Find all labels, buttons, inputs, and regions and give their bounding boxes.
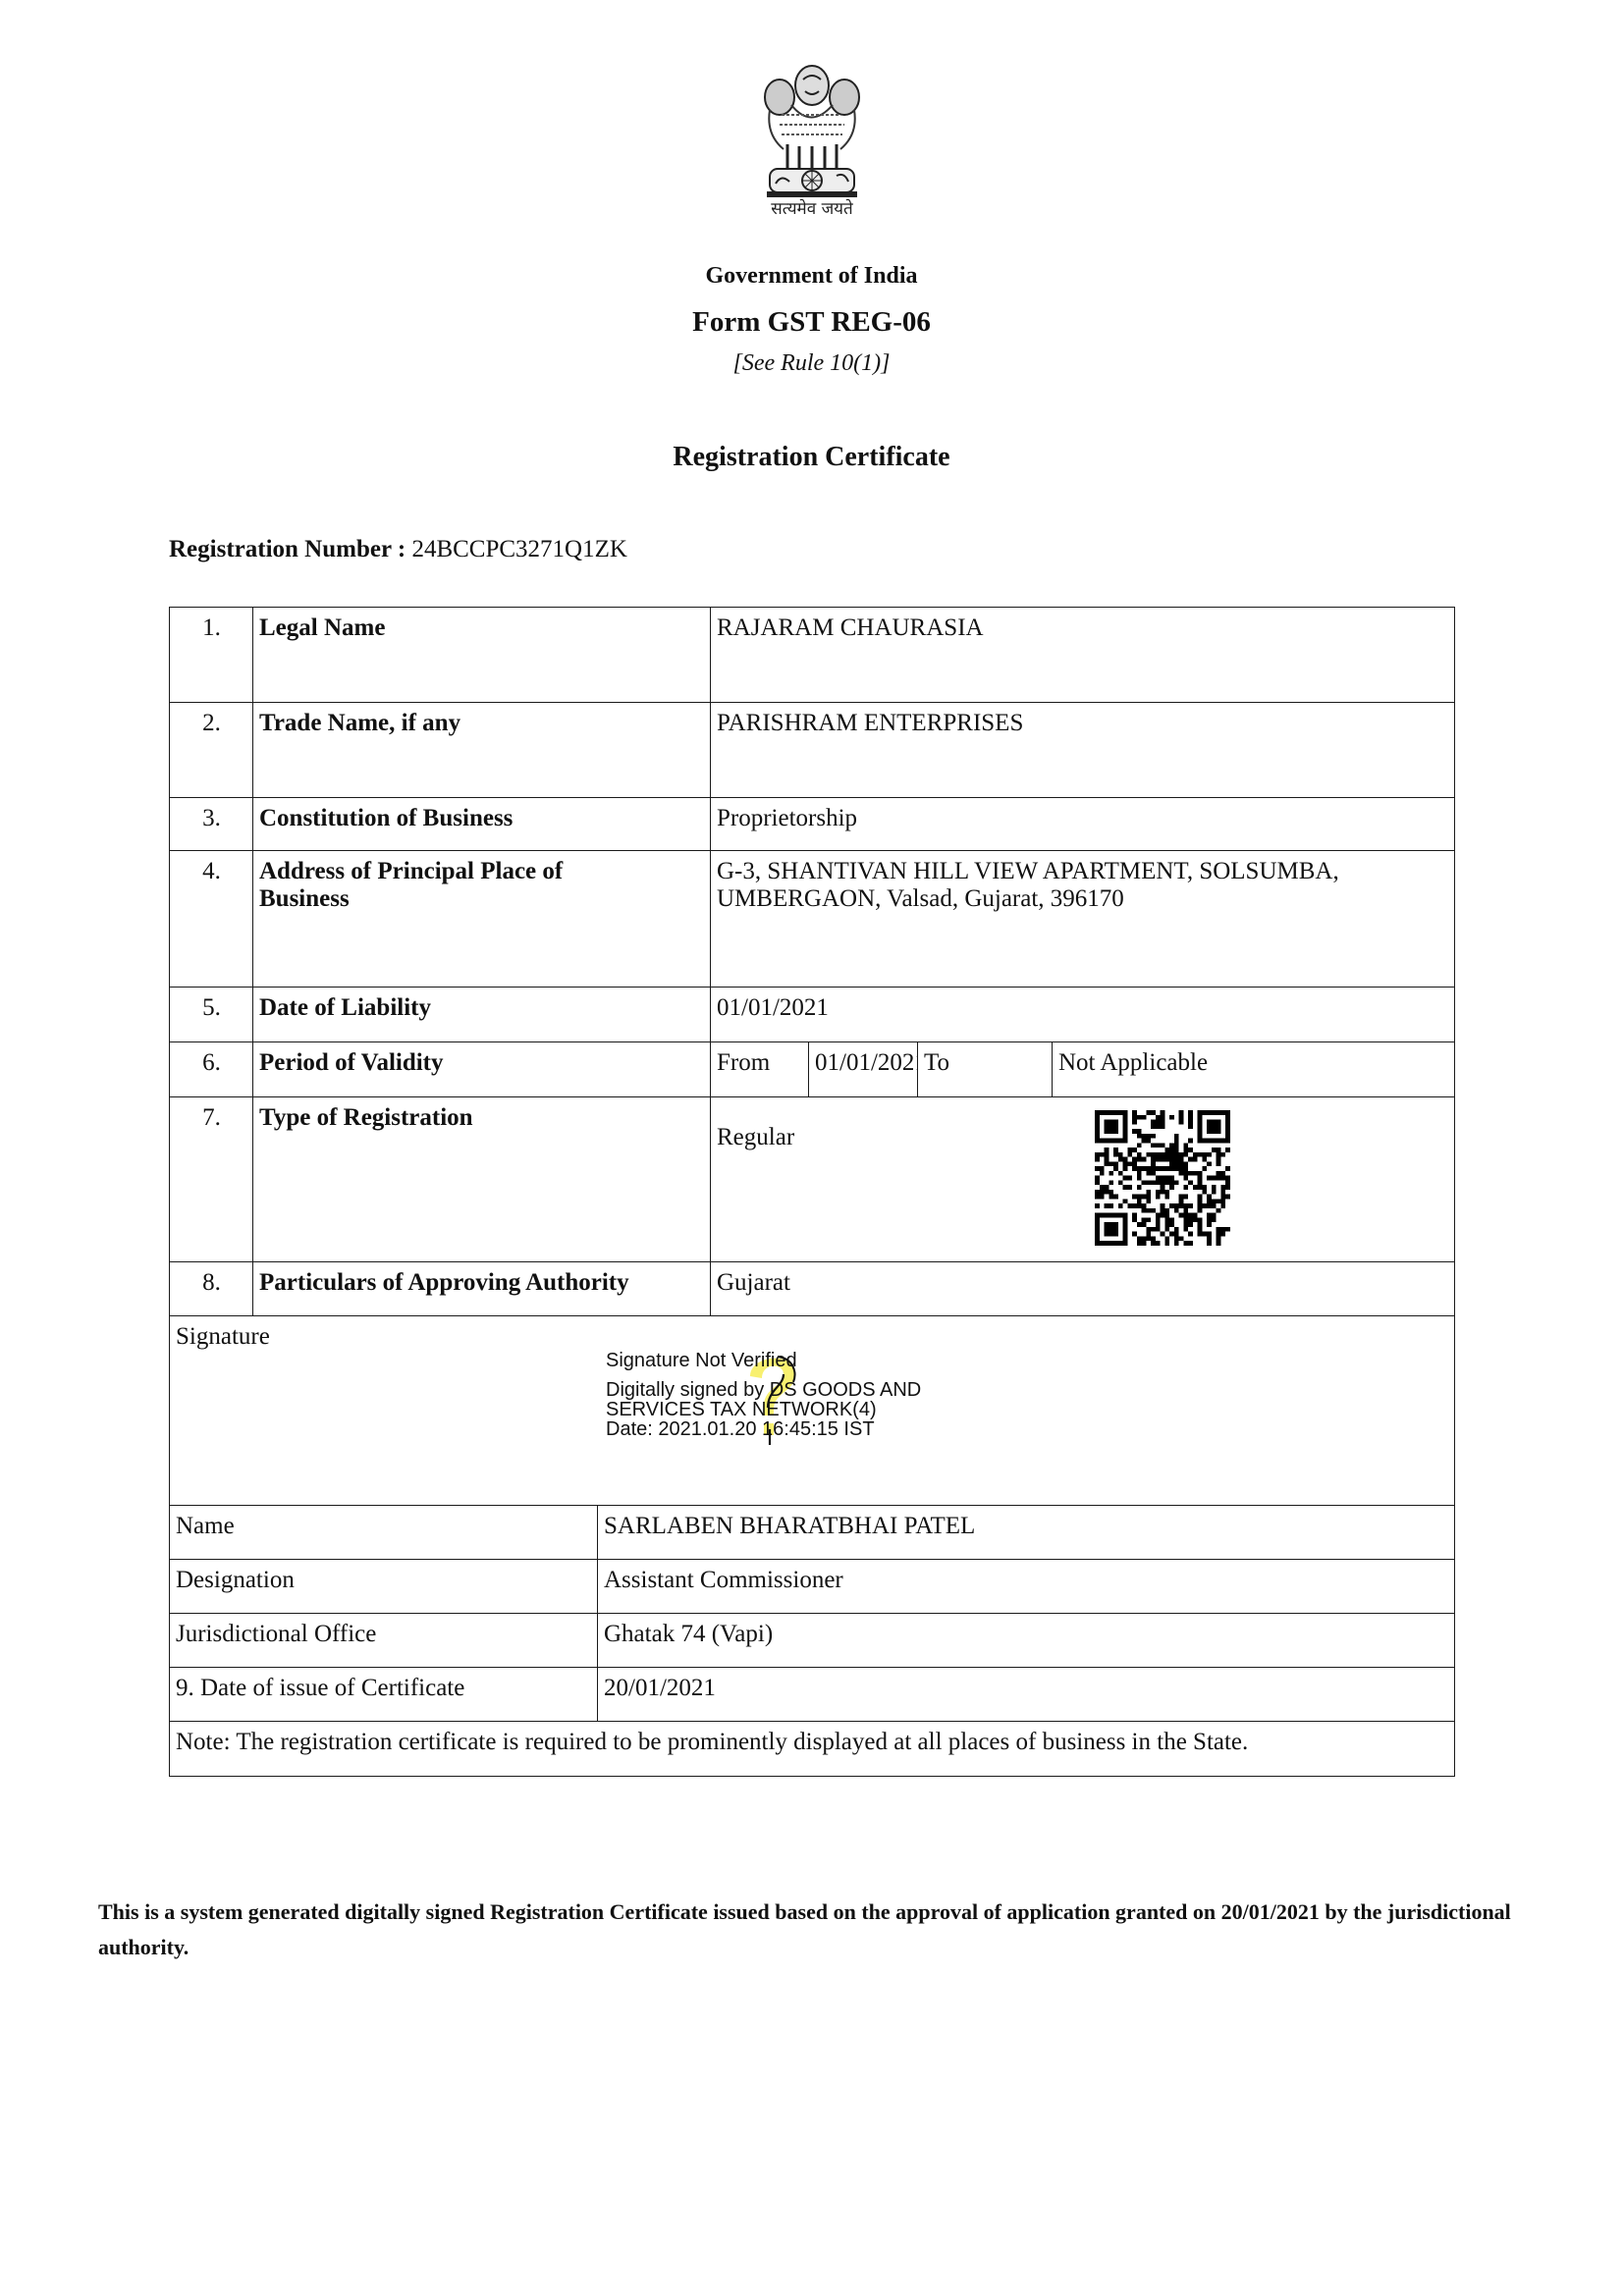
row-number: 1.: [169, 607, 254, 704]
date-of-issue-value: 20/01/2021: [597, 1667, 1455, 1723]
designation-value: Assistant Commissioner: [597, 1559, 1455, 1615]
date-of-issue-label: 9. Date of issue of Certificate: [169, 1667, 599, 1723]
validity-to-label: To: [917, 1041, 1054, 1098]
type-of-registration-label: Type of Registration: [252, 1096, 712, 1263]
registration-type: Regular: [717, 1124, 794, 1150]
legal-name-value: RAJARAM CHAURASIA: [710, 607, 1455, 704]
approving-authority-label: Particulars of Approving Authority: [252, 1261, 712, 1317]
address-label: Address of Principal Place of Business: [252, 850, 712, 988]
emblem-motto: सत्यमेव जयते: [742, 196, 882, 219]
date-of-liability-label: Date of Liability: [252, 987, 712, 1043]
row-number: 5.: [169, 987, 254, 1043]
constitution-value: Proprietorship: [710, 797, 1455, 852]
signature-date: Date: 2021.01.20 16:45:15 IST: [606, 1419, 921, 1439]
trade-name-value: PARISHRAM ENTERPRISES: [710, 702, 1455, 799]
date-of-liability-value: 01/01/2021: [710, 987, 1455, 1043]
registration-number-label: Registration Number :: [169, 536, 406, 562]
authority-name-value: SARLABEN BHARATBHAI PATEL: [597, 1505, 1455, 1561]
constitution-label: Constitution of Business: [252, 797, 712, 852]
row-number: 8.: [169, 1261, 254, 1317]
address-value: G-3, SHANTIVAN HILL VIEW APARTMENT, SOLS…: [710, 850, 1455, 988]
certificate-title: Registration Certificate: [0, 442, 1623, 473]
authority-name-label: Name: [169, 1505, 599, 1561]
row-number: 3.: [169, 797, 254, 852]
validity-from-label: From: [710, 1041, 810, 1098]
national-emblem-icon: [752, 41, 872, 218]
rule-reference: [See Rule 10(1)]: [0, 350, 1623, 377]
row-number: 7.: [169, 1096, 254, 1263]
signed-by-line-2: SERVICES TAX NETWORK(4): [606, 1400, 921, 1419]
signature-status: Signature Not Verified: [606, 1351, 921, 1370]
validity-to-value: Not Applicable: [1052, 1041, 1455, 1098]
jurisdictional-office-label: Jurisdictional Office: [169, 1613, 599, 1669]
trade-name-label: Trade Name, if any: [252, 702, 712, 799]
government-heading: Government of India: [0, 263, 1623, 290]
jurisdictional-office-value: Ghatak 74 (Vapi): [597, 1613, 1455, 1669]
registration-number-line: Registration Number : 24BCCPC3271Q1ZK: [169, 536, 627, 563]
display-note: Note: The registration certificate is re…: [169, 1721, 1455, 1777]
approving-authority-value: Gujarat: [710, 1261, 1455, 1317]
form-title: Form GST REG-06: [0, 306, 1623, 339]
period-of-validity-label: Period of Validity: [252, 1041, 712, 1098]
digital-signature-block: Signature Not Verified Digitally signed …: [606, 1351, 921, 1439]
row-number: 6.: [169, 1041, 254, 1098]
designation-label: Designation: [169, 1559, 599, 1615]
type-of-registration-value: Regular: [710, 1096, 1455, 1263]
signature-label: Signature: [176, 1323, 270, 1350]
signed-by-line-1: Digitally signed by DS GOODS AND: [606, 1380, 921, 1400]
system-generated-footer: This is a system generated digitally sig…: [98, 1895, 1532, 1965]
registration-number-value: 24BCCPC3271Q1ZK: [411, 536, 626, 562]
validity-from-value: 01/01/2021: [808, 1041, 919, 1098]
qr-code-icon: [1095, 1109, 1230, 1247]
row-number: 2.: [169, 702, 254, 799]
legal-name-label: Legal Name: [252, 607, 712, 704]
row-number: 4.: [169, 850, 254, 988]
